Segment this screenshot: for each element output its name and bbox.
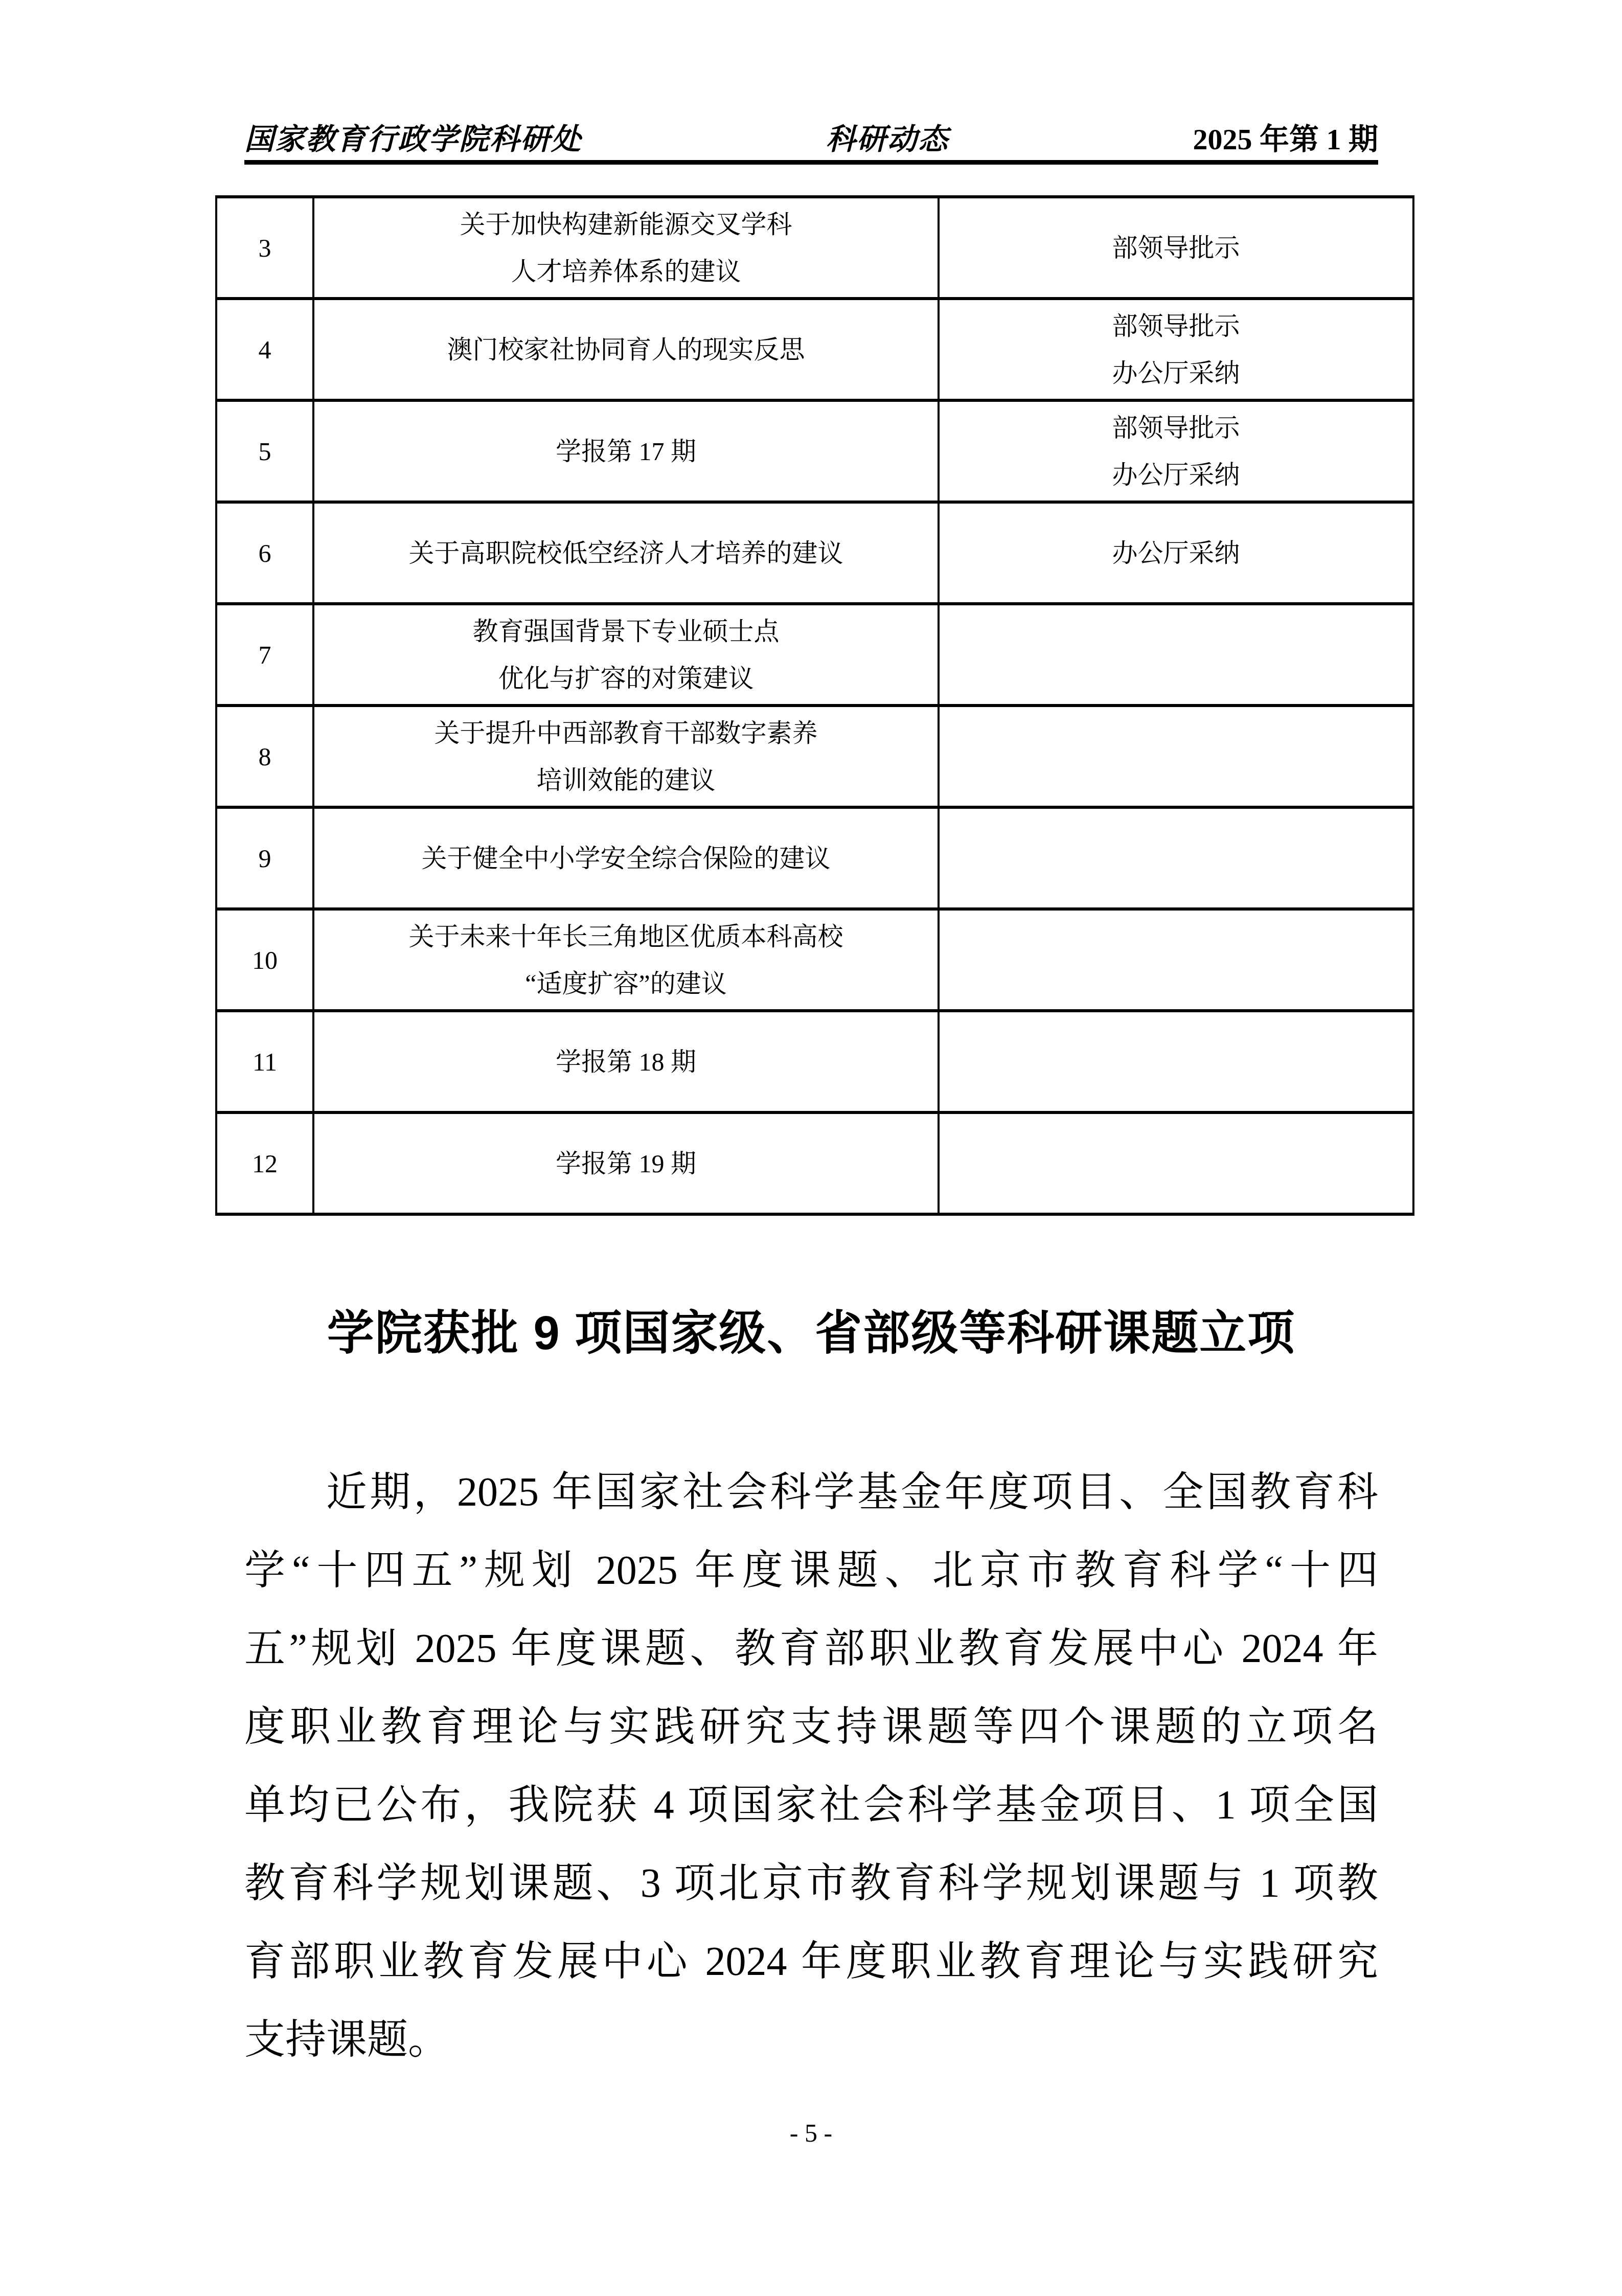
page-number: - 5 - — [0, 2117, 1622, 2149]
table-row: 10 关于未来十年长三角地区优质本科高校 “适度扩容”的建议 — [216, 909, 1413, 1011]
row-status — [939, 706, 1413, 807]
row-number: 3 — [216, 197, 313, 299]
row-number: 10 — [216, 909, 313, 1011]
paragraph-line: 近期，2025 年国家社会科学基金年度项目、全国教育科 — [244, 1453, 1378, 1532]
row-number: 4 — [216, 299, 313, 400]
row-title: 教育强国背景下专业硕士点 优化与扩容的对策建议 — [313, 604, 939, 706]
row-number: 6 — [216, 502, 313, 604]
row-title: 学报第 18 期 — [313, 1011, 939, 1112]
table-body: 3 关于加快构建新能源交叉学科 人才培养体系的建议 部领导批示 4 澳门校家社协… — [216, 197, 1413, 1214]
section-heading: 学院获批 9 项国家级、省部级等科研课题立项 — [244, 1303, 1378, 1364]
achievements-table: 3 关于加快构建新能源交叉学科 人才培养体系的建议 部领导批示 4 澳门校家社协… — [215, 195, 1414, 1216]
row-status — [939, 807, 1413, 909]
row-number: 8 — [216, 706, 313, 807]
page-header: 国家教育行政学院科研处 科研动态 2025 年第 1 期 — [244, 115, 1378, 158]
row-status — [939, 909, 1413, 1011]
table-row: 5 学报第 17 期 部领导批示 办公厅采纳 — [216, 400, 1413, 502]
table-row: 11 学报第 18 期 — [216, 1011, 1413, 1112]
row-number: 12 — [216, 1112, 313, 1214]
row-title: 关于提升中西部教育干部数字素养 培训效能的建议 — [313, 706, 939, 807]
table-row: 7 教育强国背景下专业硕士点 优化与扩容的对策建议 — [216, 604, 1413, 706]
row-status — [939, 604, 1413, 706]
paragraph-line: 学“十四五”规划 2025 年度课题、北京市教育科学“十四 — [244, 1532, 1378, 1610]
row-title: 学报第 19 期 — [313, 1112, 939, 1214]
row-status: 部领导批示 办公厅采纳 — [939, 400, 1413, 502]
row-number: 7 — [216, 604, 313, 706]
table-row: 12 学报第 19 期 — [216, 1112, 1413, 1214]
row-number: 11 — [216, 1011, 313, 1112]
table-row: 3 关于加快构建新能源交叉学科 人才培养体系的建议 部领导批示 — [216, 197, 1413, 299]
header-org-title: 国家教育行政学院科研处 — [244, 115, 582, 158]
paragraph-line: 五”规划 2025 年度课题、教育部职业教育发展中心 2024 年 — [244, 1610, 1378, 1688]
header-doc-title: 科研动态 — [826, 115, 949, 158]
document-page: 国家教育行政学院科研处 科研动态 2025 年第 1 期 3 关于加快构建新能源… — [0, 0, 1622, 2296]
paragraph-line: 支持课题。 — [244, 2001, 1378, 2079]
table-row: 6 关于高职院校低空经济人才培养的建议 办公厅采纳 — [216, 502, 1413, 604]
body-paragraph: 近期，2025 年国家社会科学基金年度项目、全国教育科 学“十四五”规划 202… — [244, 1453, 1378, 2079]
row-status: 办公厅采纳 — [939, 502, 1413, 604]
paragraph-line: 教育科学规划课题、3 项北京市教育科学规划课题与 1 项教 — [244, 1845, 1378, 1923]
row-status — [939, 1112, 1413, 1214]
row-number: 9 — [216, 807, 313, 909]
header-issue-number: 2025 年第 1 期 — [1193, 115, 1378, 158]
row-title: 学报第 17 期 — [313, 400, 939, 502]
table-row: 9 关于健全中小学安全综合保险的建议 — [216, 807, 1413, 909]
paragraph-line: 育部职业教育发展中心 2024 年度职业教育理论与实践研究 — [244, 1923, 1378, 2001]
row-title: 关于未来十年长三角地区优质本科高校 “适度扩容”的建议 — [313, 909, 939, 1011]
row-status: 部领导批示 — [939, 197, 1413, 299]
header-rule — [244, 160, 1378, 165]
paragraph-line: 度职业教育理论与实践研究支持课题等四个课题的立项名 — [244, 1688, 1378, 1766]
row-title: 关于高职院校低空经济人才培养的建议 — [313, 502, 939, 604]
row-number: 5 — [216, 400, 313, 502]
table-row: 4 澳门校家社协同育人的现实反思 部领导批示 办公厅采纳 — [216, 299, 1413, 400]
paragraph-line: 单均已公布，我院获 4 项国家社会科学基金项目、1 项全国 — [244, 1766, 1378, 1845]
row-title: 澳门校家社协同育人的现实反思 — [313, 299, 939, 400]
table-row: 8 关于提升中西部教育干部数字素养 培训效能的建议 — [216, 706, 1413, 807]
row-title: 关于加快构建新能源交叉学科 人才培养体系的建议 — [313, 197, 939, 299]
row-status — [939, 1011, 1413, 1112]
row-title: 关于健全中小学安全综合保险的建议 — [313, 807, 939, 909]
row-status: 部领导批示 办公厅采纳 — [939, 299, 1413, 400]
